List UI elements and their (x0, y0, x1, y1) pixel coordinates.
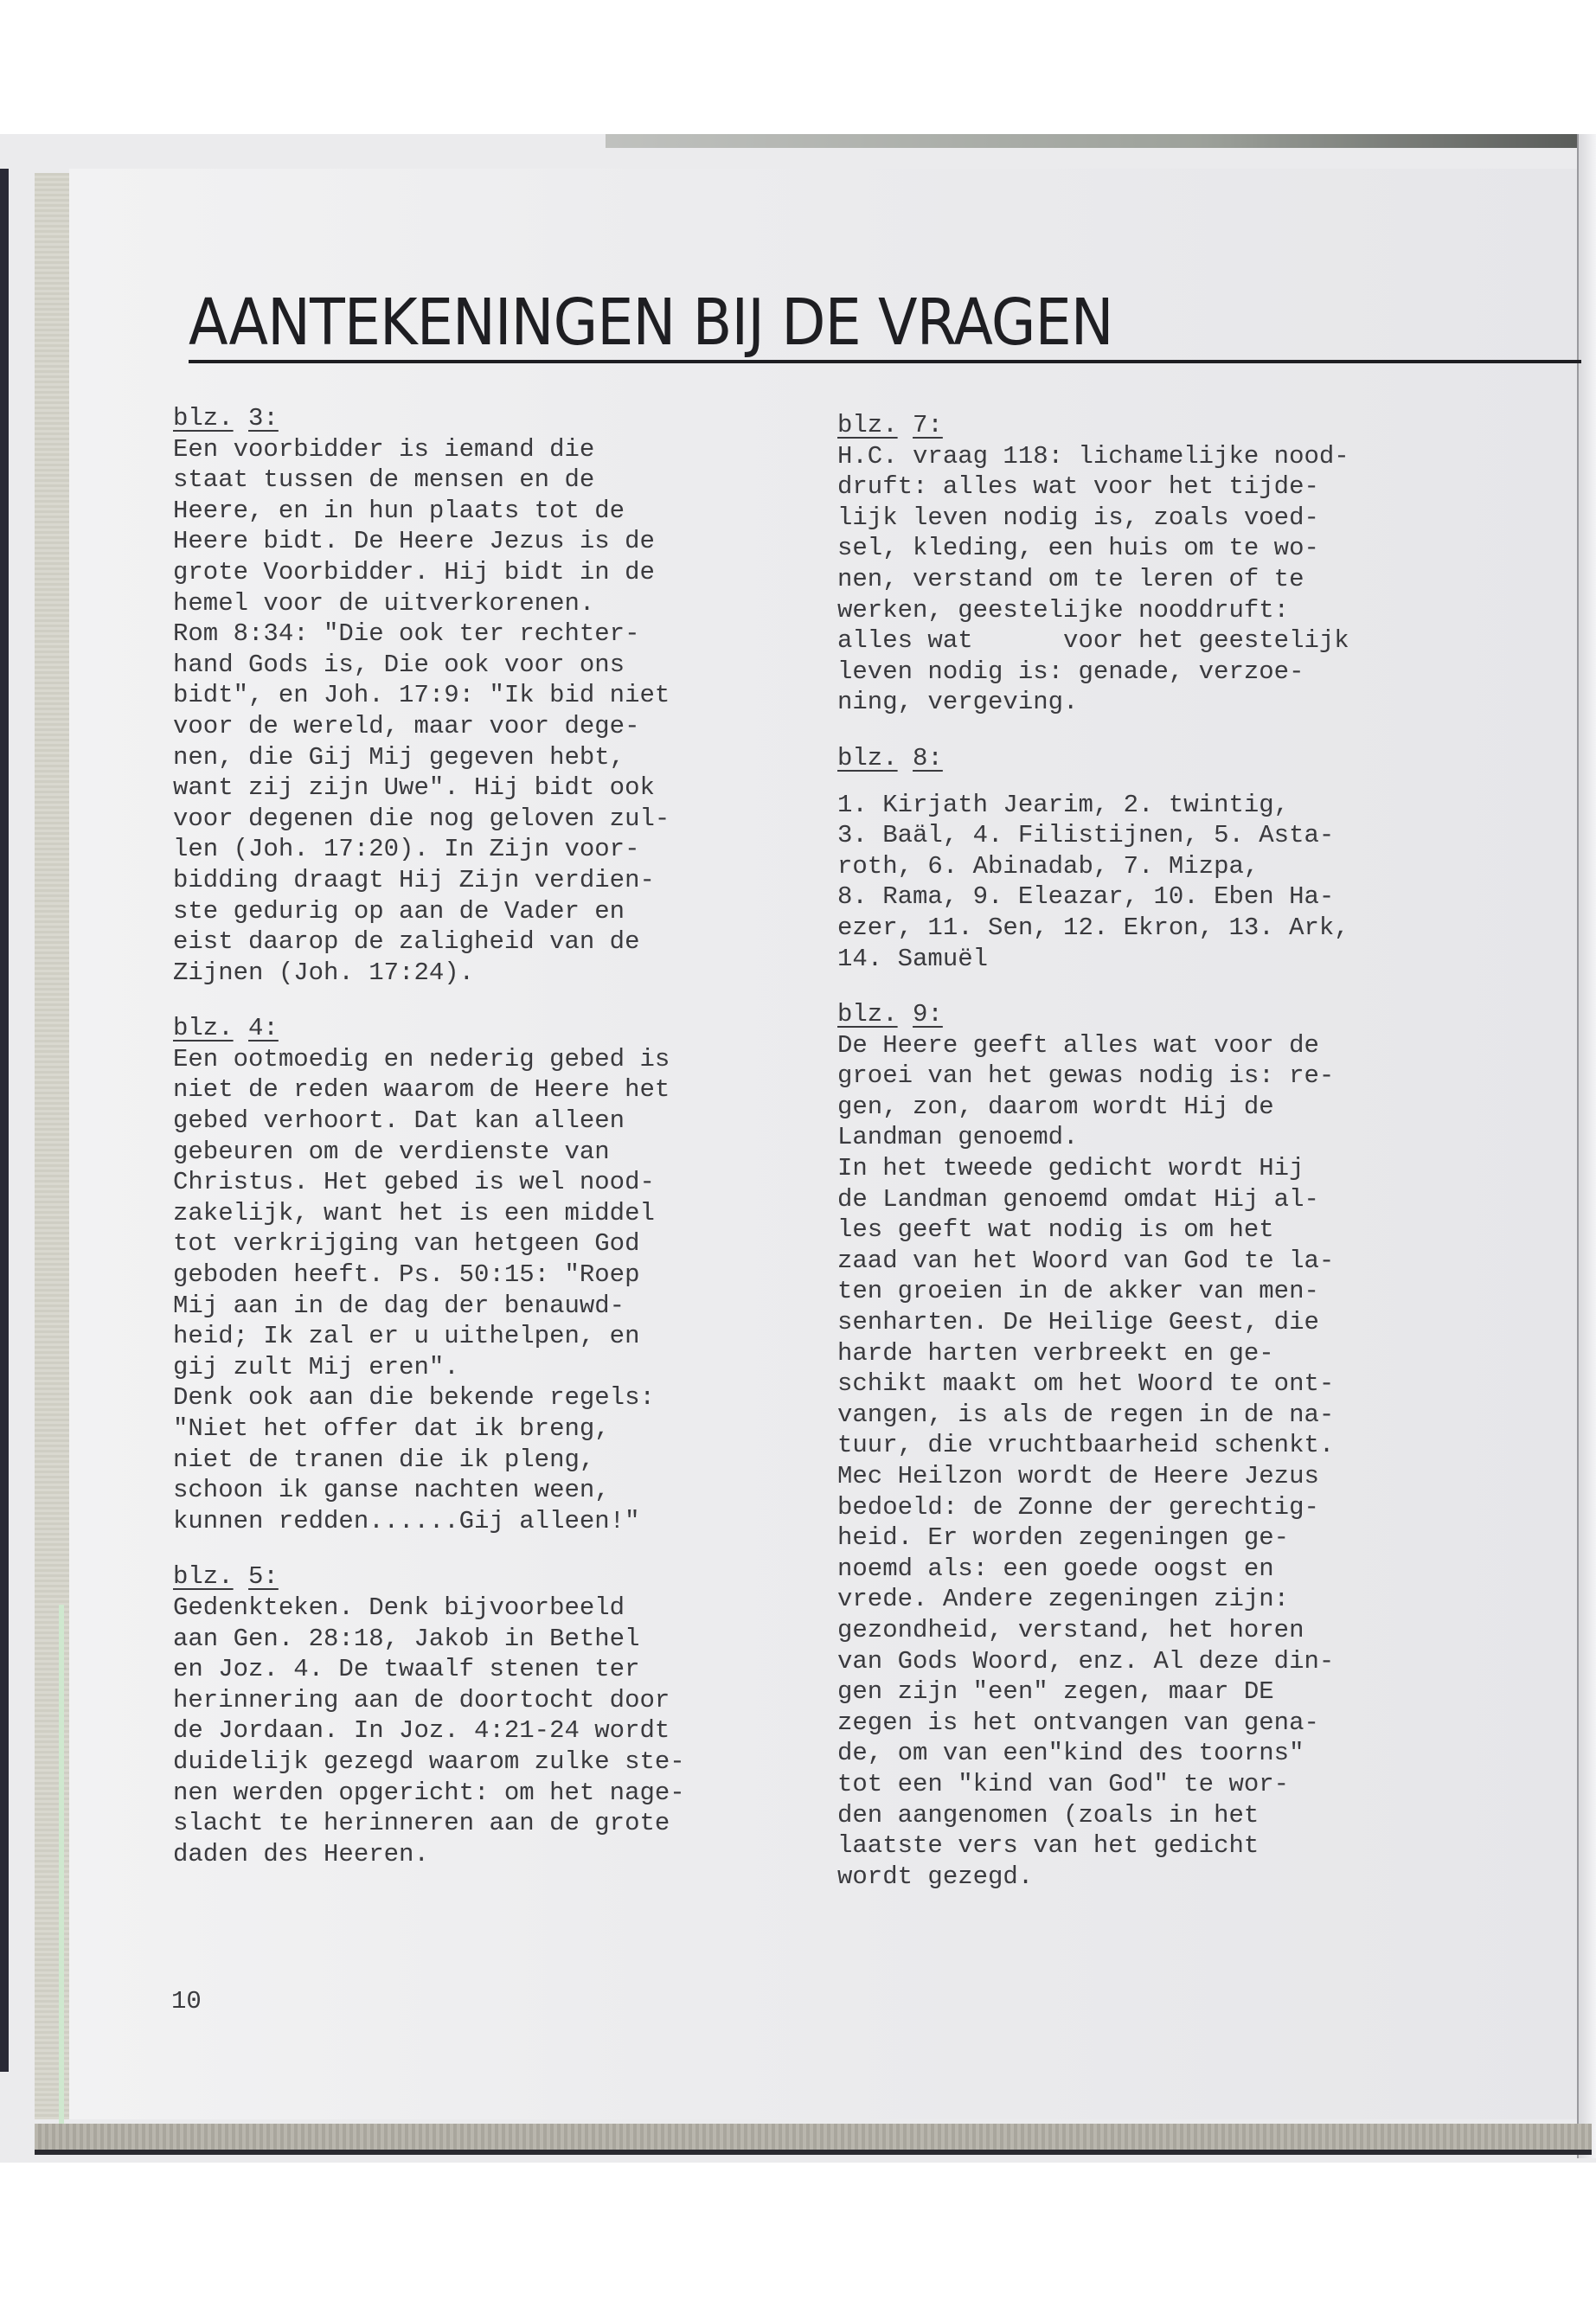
text-line: van Gods Woord, enz. Al deze din- (837, 1646, 1349, 1677)
text-line: gij zult Mij eren". (173, 1352, 685, 1383)
text-line: groei van het gewas nodig is: re- (837, 1061, 1349, 1092)
page-bottom-edge (35, 2124, 1592, 2155)
text-line: niet de reden waarom de Heere het (173, 1074, 685, 1106)
text-line: ning, vergeving. (837, 687, 1349, 718)
right-column: blz. 7:H.C. vraag 118: lichamelijke nood… (837, 410, 1349, 1892)
text-line: gen, zon, daarom wordt Hij de (837, 1092, 1349, 1123)
text-line: bedoeld: de Zonne der gerechtig- (837, 1492, 1349, 1523)
text-line: De Heere geeft alles wat voor de (837, 1030, 1349, 1061)
text-line: daden des Heeren. (173, 1839, 685, 1870)
title-underline (189, 360, 1581, 363)
text-line: kunnen redden......Gij alleen!" (173, 1506, 685, 1537)
text-line: ten groeien in de akker van men- (837, 1276, 1349, 1307)
text-line: 14. Samuël (837, 944, 1349, 975)
left-column: blz. 3:Een voorbidder is iemand diestaat… (173, 403, 685, 1869)
note-section: blz. 7:H.C. vraag 118: lichamelijke nood… (837, 410, 1349, 718)
text-line: noemd als: een goede oogst en (837, 1554, 1349, 1585)
text-line: gebed verhoort. Dat kan alleen (173, 1106, 685, 1137)
text-line: Heere bidt. De Heere Jezus is de (173, 526, 685, 557)
note-section: blz. 9:De Heere geeft alles wat voor deg… (837, 999, 1349, 1892)
text-line: herinnering aan de doortocht door (173, 1685, 685, 1716)
page-number: 10 (171, 1987, 202, 2016)
heading-page-number: 5: (248, 1562, 279, 1591)
text-line: alles wat voor het geestelijk (837, 625, 1349, 657)
text-line: schikt maakt om het Woord te ont- (837, 1368, 1349, 1400)
text-line: zakelijk, want het is een middel (173, 1198, 685, 1229)
binding-accent (59, 1605, 64, 2124)
text-line: 3. Baäl, 4. Filistijnen, 5. Asta- (837, 820, 1349, 851)
text-line: want zij zijn Uwe". Hij bidt ook (173, 772, 685, 804)
text-line: tuur, die vruchtbaarheid schenkt. (837, 1430, 1349, 1461)
heading-page-number: 8: (913, 744, 943, 772)
text-line: nen werden opgericht: om het nage- (173, 1778, 685, 1809)
heading-page-number: 7: (913, 411, 943, 439)
section-heading: blz. 5: (173, 1561, 685, 1593)
section-heading: blz. 7: (837, 410, 1349, 441)
text-line: harde harten verbreekt en ge- (837, 1338, 1349, 1369)
text-line: de, om van een"kind des toorns" (837, 1738, 1349, 1769)
text-line: zegen is het ontvangen van gena- (837, 1708, 1349, 1739)
page-top-edge (606, 134, 1596, 148)
section-heading: blz. 4: (173, 1013, 685, 1044)
page-title: AANTEKENINGEN BIJ DE VRAGEN (189, 285, 1113, 360)
text-line: ezer, 11. Sen, 12. Ekron, 13. Ark, (837, 913, 1349, 944)
text-line: gebeuren om de verdienste van (173, 1137, 685, 1168)
text-line: Een voorbidder is iemand die (173, 434, 685, 465)
heading-prefix: blz. (173, 1014, 234, 1042)
spacer (837, 774, 1349, 790)
note-section: blz. 8:1. Kirjath Jearim, 2. twintig,3. … (837, 743, 1349, 974)
text-line: laatste vers van het gedicht (837, 1830, 1349, 1862)
text-line: de Landman genoemd omdat Hij al- (837, 1184, 1349, 1215)
note-section: blz. 5:Gedenkteken. Denk bijvoorbeeldaan… (173, 1561, 685, 1869)
note-section: blz. 3:Een voorbidder is iemand diestaat… (173, 403, 685, 988)
text-line: In het tweede gedicht wordt Hij (837, 1153, 1349, 1184)
text-line: tot een "kind van God" te wor- (837, 1769, 1349, 1800)
text-line: lijk leven nodig is, zoals voed- (837, 503, 1349, 534)
heading-prefix: blz. (837, 411, 898, 439)
text-line: nen, verstand om te leren of te (837, 564, 1349, 595)
text-line: H.C. vraag 118: lichamelijke nood- (837, 441, 1349, 472)
heading-page-number: 4: (248, 1014, 279, 1042)
text-line: gen zijn "een" zegen, maar DE (837, 1676, 1349, 1708)
text-line: staat tussen de mensen en de (173, 465, 685, 496)
text-line: voor degenen die nog geloven zul- (173, 804, 685, 835)
page-right-edge (1577, 134, 1596, 2158)
text-line: vangen, is als de regen in de na- (837, 1400, 1349, 1431)
section-heading: blz. 3: (173, 403, 685, 434)
text-line: Rom 8:34: "Die ook ter rechter- (173, 619, 685, 650)
text-line: les geeft wat nodig is om het (837, 1215, 1349, 1246)
text-line: Mij aan in de dag der benauwd- (173, 1291, 685, 1322)
text-line: duidelijk gezegd waarom zulke ste- (173, 1747, 685, 1778)
text-line: sel, kleding, een huis om te wo- (837, 533, 1349, 564)
text-line: aan Gen. 28:18, Jakob in Bethel (173, 1624, 685, 1655)
text-line: leven nodig is: genade, verzoe- (837, 657, 1349, 688)
text-line: tot verkrijging van hetgeen God (173, 1228, 685, 1259)
text-line: Een ootmoedig en nederig gebed is (173, 1044, 685, 1075)
text-line: druft: alles wat voor het tijde- (837, 471, 1349, 503)
text-line: gezondheid, verstand, het horen (837, 1615, 1349, 1646)
heading-page-number: 3: (248, 404, 279, 433)
text-line: senharten. De Heilige Geest, die (837, 1307, 1349, 1338)
text-line: len (Joh. 17:20). In Zijn voor- (173, 834, 685, 865)
text-line: bidt", en Joh. 17:9: "Ik bid niet (173, 680, 685, 711)
text-line: Heere, en in hun plaats tot de (173, 496, 685, 527)
text-line: de Jordaan. In Joz. 4:21-24 wordt (173, 1715, 685, 1747)
text-line: 8. Rama, 9. Eleazar, 10. Eben Ha- (837, 881, 1349, 913)
text-line: 1. Kirjath Jearim, 2. twintig, (837, 790, 1349, 821)
text-line: ste gedurig op aan de Vader en (173, 896, 685, 927)
heading-prefix: blz. (173, 404, 234, 433)
heading-prefix: blz. (837, 1000, 898, 1029)
note-section: blz. 4:Een ootmoedig en nederig gebed is… (173, 1013, 685, 1536)
text-line: hand Gods is, Die ook voor ons (173, 650, 685, 681)
text-line: Zijnen (Joh. 17:24). (173, 958, 685, 989)
cover-edge (0, 169, 9, 2072)
text-line: niet de tranen die ik pleng, (173, 1445, 685, 1476)
text-line: schoon ik ganse nachten ween, (173, 1475, 685, 1506)
heading-prefix: blz. (837, 744, 898, 772)
text-line: roth, 6. Abinadab, 7. Mizpa, (837, 851, 1349, 882)
text-line: "Niet het offer dat ik breng, (173, 1413, 685, 1445)
text-line: en Joz. 4. De twaalf stenen ter (173, 1654, 685, 1685)
text-line: geboden heeft. Ps. 50:15: "Roep (173, 1259, 685, 1291)
text-line: voor de wereld, maar voor dege- (173, 711, 685, 742)
text-line: vrede. Andere zegeningen zijn: (837, 1584, 1349, 1615)
section-heading: blz. 8: (837, 743, 1349, 774)
text-line: nen, die Gij Mij gegeven hebt, (173, 742, 685, 773)
heading-page-number: 9: (913, 1000, 943, 1029)
text-line: zaad van het Woord van God te la- (837, 1246, 1349, 1277)
text-line: werken, geestelijke nooddruft: (837, 595, 1349, 626)
text-line: hemel voor de uitverkorenen. (173, 588, 685, 619)
text-line: Christus. Het gebed is wel nood- (173, 1167, 685, 1198)
section-heading: blz. 9: (837, 999, 1349, 1030)
text-line: Mec Heilzon wordt de Heere Jezus (837, 1461, 1349, 1492)
heading-prefix: blz. (173, 1562, 234, 1591)
text-line: grote Voorbidder. Hij bidt in de (173, 557, 685, 588)
text-line: heid. Er worden zegeningen ge- (837, 1522, 1349, 1554)
text-line: slacht te herinneren aan de grote (173, 1808, 685, 1839)
text-line: Denk ook aan die bekende regels: (173, 1382, 685, 1413)
text-line: Gedenkteken. Denk bijvoorbeeld (173, 1593, 685, 1624)
text-line: Landman genoemd. (837, 1122, 1349, 1153)
text-line: den aangenomen (zoals in het (837, 1800, 1349, 1831)
text-line: bidding draagt Hij Zijn verdien- (173, 865, 685, 896)
text-line: eist daarop de zaligheid van de (173, 926, 685, 958)
text-line: wordt gezegd. (837, 1862, 1349, 1893)
text-line: heid; Ik zal er u uithelpen, en (173, 1321, 685, 1352)
